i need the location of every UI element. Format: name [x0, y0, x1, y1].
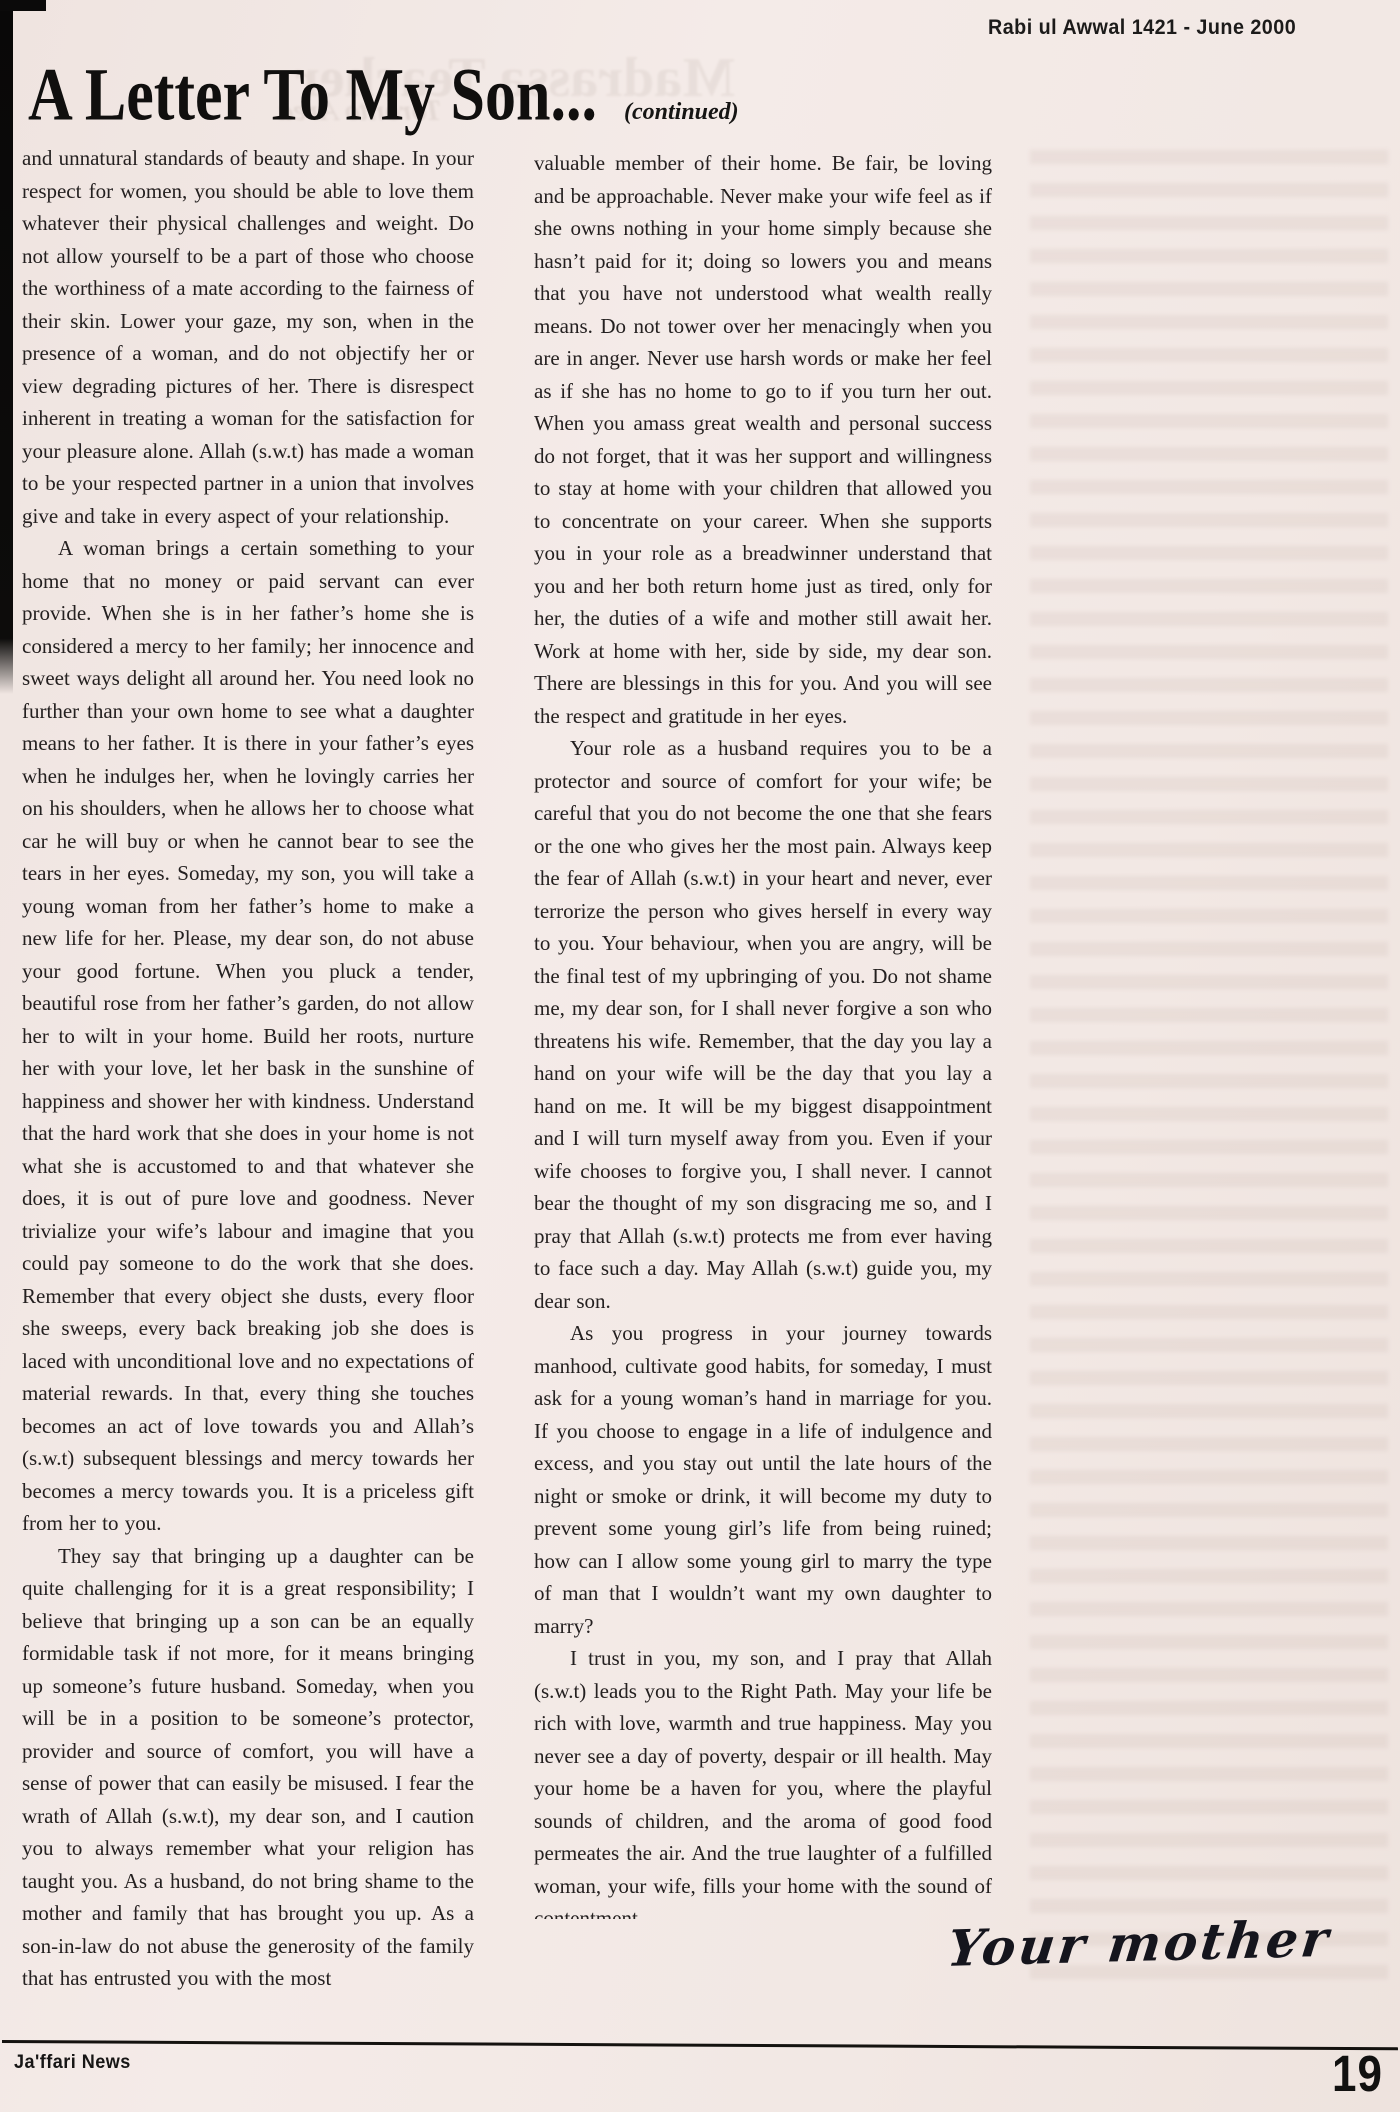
issue-date: Rabi ul Awwal 1421 - June 2000 — [988, 16, 1296, 40]
article-left-column: and unnatural standards of beauty and sh… — [22, 142, 474, 2008]
paragraph-right-4: I trust in you, my son, and I pray that … — [534, 1642, 992, 1919]
paragraph-right-1: valuable member of their home. Be fair, … — [534, 147, 992, 732]
scan-edge-artifact — [0, 0, 13, 694]
page-number: 19 — [1332, 2046, 1383, 2104]
paragraph-left-2: A woman brings a certain something to yo… — [22, 532, 474, 1540]
article-title-continued-note: (continued) — [624, 99, 739, 126]
magazine-page: Madrassa Teacher Toronto Area Rabi ul Aw… — [0, 0, 1400, 2112]
scan-corner-artifact — [0, 0, 46, 11]
paragraph-right-2: Your role as a husband requires you to b… — [534, 732, 992, 1317]
paragraph-left-1: and unnatural standards of beauty and sh… — [22, 142, 474, 532]
footer-publication-name: Ja'ffari News — [14, 2052, 131, 2074]
footer-divider-rule — [2, 2040, 1398, 2050]
paragraph-right-3: As you progress in your journey towards … — [534, 1317, 992, 1642]
ghost-bleedthrough-margin-column — [1030, 150, 1388, 1990]
article-title: A Letter To My Son... — [28, 56, 597, 134]
paragraph-left-3: They say that bringing up a daughter can… — [22, 1540, 474, 1995]
article-right-column: valuable member of their home. Be fair, … — [534, 147, 992, 1919]
